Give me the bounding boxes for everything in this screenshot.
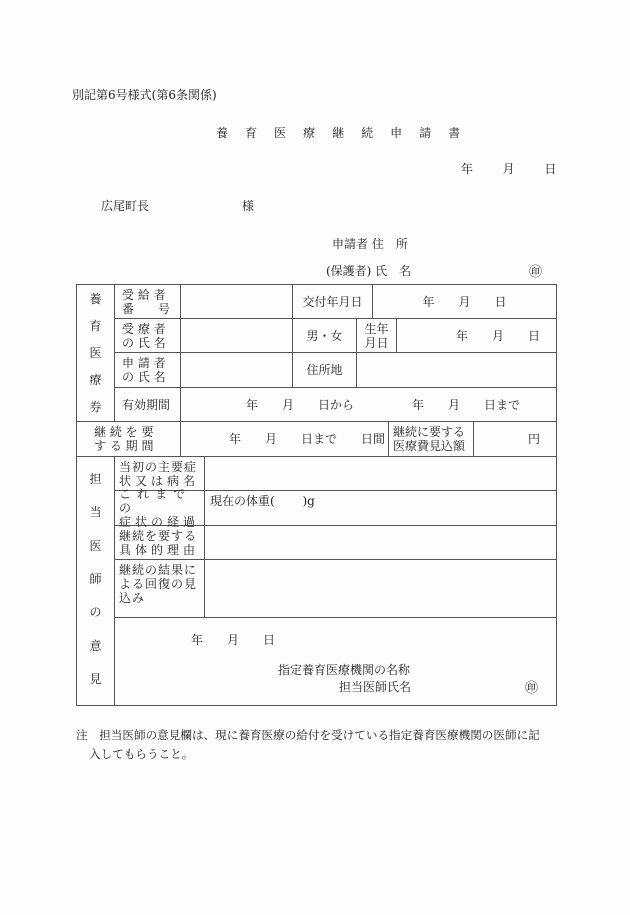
recovery-outlook-field[interactable] <box>205 560 556 617</box>
institution-label: 指定養育医療機関の名称 <box>278 661 410 678</box>
initial-symptoms-label: 当初の主要症 状又は病名 <box>119 459 203 489</box>
patient-name-field[interactable] <box>181 319 292 352</box>
birth-date-label: 生年 月日 <box>357 321 396 351</box>
applicant-name-table-label: 申 請 者 の 氏 名 <box>122 355 178 385</box>
side-label-char: 養 <box>89 292 101 306</box>
addressee: 広尾町長 <box>101 197 149 214</box>
side-label-char: 療 <box>89 373 101 387</box>
estimated-cost-field[interactable]: 円 <box>474 422 556 456</box>
continuation-period-label: 継 続 を 要 す る 期 間 <box>94 424 180 454</box>
honorific: 様 <box>242 197 254 214</box>
title-char: 医 <box>274 124 286 141</box>
applicant-name-label: (保護者) 氏 名 <box>326 262 411 279</box>
validity-period-label: 有効期間 <box>122 388 180 421</box>
applicant-address-field[interactable] <box>420 233 550 249</box>
issue-date-label: 交付年月日 <box>293 285 372 318</box>
recipient-number-field[interactable] <box>181 285 292 318</box>
applicant-address-label: 申請者 住 所 <box>332 235 408 252</box>
footnote-line1: 注 担当医師の意見欄は、現に養育医療の給付を受けている指定養育医療機関の医師に記 <box>76 727 540 743</box>
title-char: 請 <box>419 124 431 141</box>
doctor-name-label: 担当医師氏名 <box>339 678 411 695</box>
continuation-reason-label: 継続を要する 具体的理由 <box>119 528 203 558</box>
patient-name-label: 受 療 者 の 氏 名 <box>122 321 178 351</box>
side-label-char: 見 <box>89 672 101 686</box>
validity-to-field[interactable]: 年 月 日まで <box>412 388 520 421</box>
side-label-char: 券 <box>89 400 101 414</box>
applicant-name-table-field[interactable] <box>181 353 292 387</box>
doctor-name-field[interactable] <box>420 676 520 692</box>
title-char: 療 <box>303 124 315 141</box>
validity-from-field[interactable]: 年 月 日から <box>246 388 354 421</box>
issue-date-field[interactable]: 年 月 日 <box>373 285 556 318</box>
estimated-cost-label: 継続に要する 医療費見込額 <box>393 424 473 454</box>
doctor-opinion-side-label: 担 当 医 師 の 意 見 <box>77 472 114 686</box>
side-label-char: 育 <box>89 319 101 333</box>
initial-symptoms-field[interactable] <box>205 457 556 490</box>
ikuiku-ticket-side-label: 養 育 医 療 券 <box>77 285 114 421</box>
side-label-char: 医 <box>89 346 101 360</box>
seal-icon: ㊞ <box>529 261 542 280</box>
residence-label: 住所地 <box>293 353 356 387</box>
side-label-char: 医 <box>89 539 101 553</box>
side-label-char: の <box>89 605 101 619</box>
side-label-char: 当 <box>89 505 101 519</box>
applicant-name-field[interactable] <box>420 260 520 276</box>
title-char: 継 <box>332 124 344 141</box>
title-char: 続 <box>361 124 373 141</box>
recovery-outlook-label: 継続の結果に よる回復の見 込み <box>119 563 203 613</box>
gender-select[interactable]: 男・女 <box>293 319 356 352</box>
page-title: 養 育 医 療 継 続 申 請 書 <box>216 124 460 141</box>
footnote-line2: 入してもらうこと。 <box>89 746 193 762</box>
opinion-date-field[interactable]: 年 月 日 <box>191 631 275 648</box>
seal-icon: ㊞ <box>525 677 538 696</box>
title-char: 育 <box>245 124 257 141</box>
form-number: 別記第6号様式(第6条関係) <box>72 86 217 103</box>
current-weight-field[interactable]: 現在の体重( )g <box>210 491 556 512</box>
side-label-char: 師 <box>89 572 101 586</box>
side-label-char: 担 <box>89 472 101 486</box>
application-date[interactable]: 年 月 日 <box>461 160 556 177</box>
month-label: 月 <box>503 162 515 176</box>
residence-field[interactable] <box>357 353 556 387</box>
recipient-number-label: 受 給 者 番 号 <box>122 287 178 317</box>
title-char: 養 <box>216 124 228 141</box>
continuation-reason-field[interactable] <box>205 526 556 559</box>
side-label-char: 意 <box>89 639 101 653</box>
day-label: 日 <box>544 162 556 176</box>
progress-label: これまでの 症状の経過 <box>119 493 203 523</box>
title-char: 書 <box>448 124 460 141</box>
continuation-period-field[interactable]: 年 月 日まで 日間 <box>229 422 385 456</box>
year-label: 年 <box>461 162 473 176</box>
title-char: 申 <box>390 124 402 141</box>
birth-date-field[interactable]: 年 月 日 <box>397 319 556 352</box>
